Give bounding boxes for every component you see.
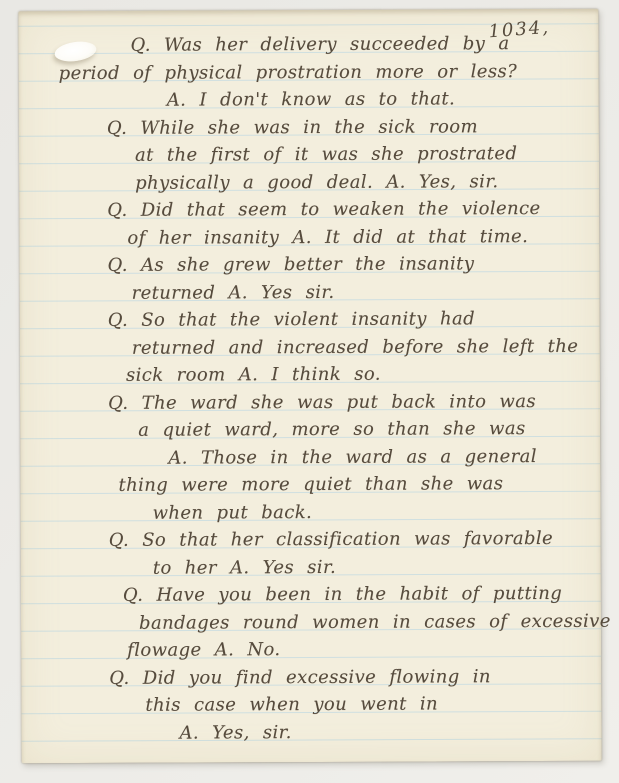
handwritten-line: thing were more quiet than she was [20, 470, 600, 500]
handwritten-line: A. Yes, sir. [21, 717, 601, 747]
handwritten-line: period of physical prostration more or l… [19, 57, 599, 87]
handwritten-line: sick room A. I think so. [20, 360, 600, 390]
handwritten-line: A. Those in the ward as a general [20, 442, 600, 472]
handwritten-line: flowage A. No. [21, 635, 601, 665]
handwritten-line: returned and increased before she left t… [20, 332, 600, 362]
handwritten-line: this case when you went in [21, 690, 601, 720]
scan-background: 1034, Q. Was her delivery succeeded by a… [0, 0, 619, 783]
handwritten-line: returned A. Yes sir. [20, 277, 600, 307]
manuscript-lines: Q. Was her delivery succeeded by aperiod… [18, 30, 601, 748]
handwritten-line: Q. As she grew better the insanity [19, 250, 599, 280]
handwritten-line: Q. While she was in the sick room [19, 112, 599, 142]
manuscript-paper: 1034, Q. Was her delivery succeeded by a… [18, 9, 601, 764]
handwritten-line: to her A. Yes sir. [21, 552, 601, 582]
handwritten-line: Q. So that the violent insanity had [20, 305, 600, 335]
handwritten-line: Q. Did you find excessive flowing in [21, 662, 601, 692]
handwritten-line: Q. Was her delivery succeeded by a [18, 30, 598, 60]
handwritten-line: when put back. [20, 497, 600, 527]
handwritten-line: Q. The ward she was put back into was [20, 387, 600, 417]
handwritten-line: Q. So that her classification was favora… [21, 525, 601, 555]
handwritten-line: of her insanity A. It did at that time. [19, 222, 599, 252]
handwritten-line: A. I don't know as to that. [19, 85, 599, 115]
handwritten-line: a quiet ward, more so than she was [20, 415, 600, 445]
handwritten-line: Q. Did that seem to weaken the violence [19, 195, 599, 225]
handwritten-line: at the first of it was she prostrated [19, 140, 599, 170]
handwritten-line: physically a good deal. A. Yes, sir. [19, 167, 599, 197]
handwritten-line: Q. Have you been in the habit of putting [21, 580, 601, 610]
handwritten-line: bandages round women in cases of excessi… [21, 607, 601, 637]
